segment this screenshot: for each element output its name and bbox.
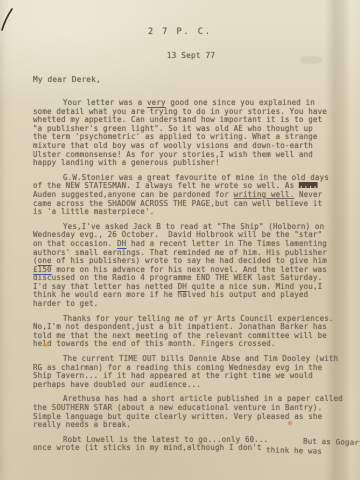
letter-line: held towards the end of this month. Fing… — [33, 340, 329, 349]
letter-paragraph: Robt Lowell is the latest to go...only 6… — [33, 436, 329, 453]
letter-paragraph: Yes,I've asked Jack B to read at "The Sh… — [33, 223, 329, 309]
red-speck-stain — [288, 421, 292, 425]
letter-sheet: 2 7 P. C. 13 Sept 77 My dear Derek, Your… — [0, 0, 360, 480]
letter-line: perhaps have doubled our audience... — [33, 381, 329, 390]
letter-header-address: 2 7 P. C. — [0, 27, 360, 37]
letter-line: is 'a little masterpiece'. — [33, 208, 329, 217]
letter-salutation: My dear Derek, — [33, 75, 101, 84]
letter-paragraph: G.W.Stonier was a great favourite of min… — [33, 174, 329, 217]
letter-paragraph: Your letter was a very good one since yo… — [33, 99, 329, 168]
faint-scan-smudge — [300, 56, 322, 64]
letter-paragraph: The current TIME OUT bills Dannie Abse a… — [33, 355, 329, 389]
letter-line: harder to get. — [33, 300, 329, 309]
orange-ink-smudge — [42, 343, 49, 347]
letter-line: once wrote (it sticks in my mind,althoug… — [33, 444, 329, 453]
letter-body: Your letter was a very good one since yo… — [33, 99, 329, 459]
letter-paragraph: Arethusa has had a short article publish… — [33, 395, 329, 429]
letter-line: happy landing with a generous publisher! — [33, 159, 329, 168]
letter-line: really needs a break. — [33, 421, 329, 430]
letter-paragraph: Thanks for your telling me of yr Arts Co… — [33, 315, 329, 349]
